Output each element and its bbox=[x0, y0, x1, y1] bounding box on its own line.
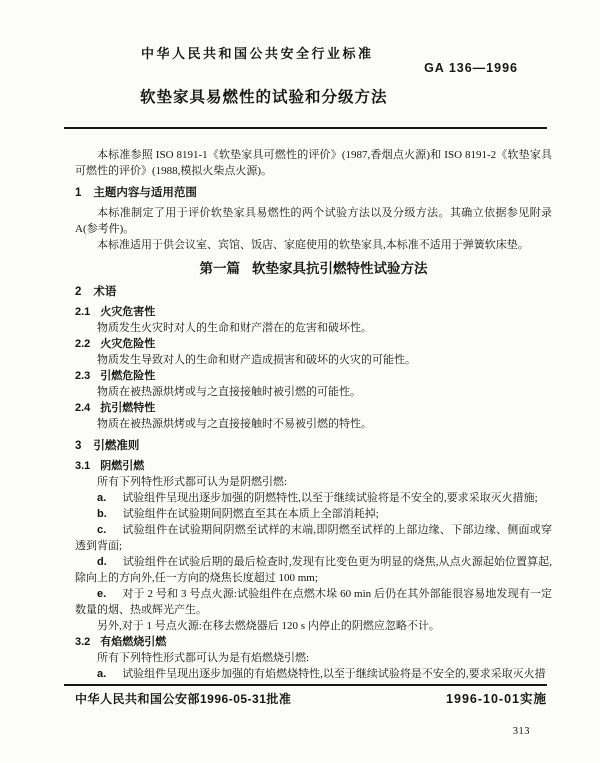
definition-paragraph: 物质发生导致对人的生命和财产造成损害和破坏的火灾的可能性。 bbox=[75, 352, 552, 368]
approval-statement: 中华人民共和国公安部1996-05-31批准 bbox=[75, 690, 291, 707]
footer-divider-rule bbox=[64, 684, 547, 686]
block-text: 阴燃引燃 bbox=[100, 460, 144, 472]
block-number: 2.1 bbox=[75, 306, 90, 318]
section-heading: 2术语 bbox=[75, 284, 552, 300]
implementation-date: 1996-10-01实施 bbox=[446, 689, 547, 707]
block-text: 试验组件在试验期间阴燃直至其在本质上全部消耗掉; bbox=[123, 508, 379, 520]
list-item: a.试验组件呈现出逐步加强的阴燃特性,以至于继续试验将是不安全的,要求采取灭火措… bbox=[75, 490, 552, 506]
item-label: a. bbox=[97, 492, 106, 504]
definition-paragraph: 物质在被热源烘烤或与之直接接触时被引燃的可能性。 bbox=[75, 384, 552, 400]
block-number: 2.4 bbox=[75, 402, 90, 414]
block-text: 术语 bbox=[93, 286, 116, 298]
definition-paragraph: 物质发生火灾时对人的生命和财产潜在的危害和破坏性。 bbox=[75, 320, 552, 336]
standard-category-label: 中华人民共和国公共安全行业标准 bbox=[141, 43, 374, 62]
term-heading: 2.4抗引燃特性 bbox=[75, 400, 552, 416]
block-number: 第一篇 bbox=[200, 261, 241, 276]
block-text: 物质在被热源烘烤或与之直接接触时不易被引燃的特性。 bbox=[97, 418, 372, 430]
paragraph: 另外,对于 1 号点火源:在移去燃烧器后 120 s 内停止的阴燃应忽略不计。 bbox=[75, 618, 552, 634]
definition-paragraph: 所有下列特性形式都可认为是阴燃引燃: bbox=[75, 474, 552, 490]
block-text: 物质发生导致对人的生命和财产造成损害和破坏的火灾的可能性。 bbox=[97, 354, 416, 366]
paragraph: 本标准适用于供会议室、宾馆、饭店、家庭使用的软垫家具,本标准不适用于弹簧软床垫。 bbox=[75, 237, 552, 253]
term-heading: 3.1阴燃引燃 bbox=[75, 458, 552, 474]
block-text: 火灾危害性 bbox=[100, 306, 155, 318]
definition-paragraph: 所有下列特性形式都可认为是有焰燃烧引燃: bbox=[75, 650, 552, 666]
block-text: 所有下列特性形式都可认为是有焰燃烧引燃: bbox=[97, 652, 309, 664]
block-text: 软垫家具抗引燃特性试验方法 bbox=[252, 261, 428, 276]
block-text: 主题内容与适用范围 bbox=[93, 187, 197, 199]
block-text: 对于 2 号和 3 号点火源:试验组件在点燃木垛 60 min 后仍在其外部能很… bbox=[75, 588, 552, 616]
block-text: 引燃危险性 bbox=[100, 370, 155, 382]
block-text: 本标准参照 ISO 8191-1《软垫家具可燃性的评价》(1987,香烟点火源)… bbox=[75, 149, 552, 177]
block-text: 有焰燃烧引燃 bbox=[100, 636, 166, 648]
definition-paragraph: 物质在被热源烘烤或与之直接接触时不易被引燃的特性。 bbox=[75, 416, 552, 432]
block-number: 3 bbox=[75, 440, 81, 452]
block-text: 物质发生火灾时对人的生命和财产潜在的危害和破坏性。 bbox=[97, 322, 372, 334]
block-number: 3.1 bbox=[75, 460, 90, 472]
block-text: 物质在被热源烘烤或与之直接接触时被引燃的可能性。 bbox=[97, 386, 361, 398]
list-item: b.试验组件在试验期间阴燃直至其在本质上全部消耗掉; bbox=[75, 506, 552, 522]
block-text: 所有下列特性形式都可认为是阴燃引燃: bbox=[97, 476, 287, 488]
block-text: 火灾危险性 bbox=[100, 338, 155, 350]
block-number: 2.3 bbox=[75, 370, 90, 382]
item-label: d. bbox=[97, 556, 107, 568]
block-text: 本标准制定了用于评价软垫家具易燃性的两个试验方法以及分级方法。其确立依据参见附录… bbox=[75, 207, 552, 235]
list-item: c.试验组件在试验期间阴燃至试样的末端,即阴燃至试样的上部边缘、下部边缘、侧面或… bbox=[75, 522, 552, 554]
block-text: 试验组件在试验期间阴燃至试样的末端,即阴燃至试样的上部边缘、下部边缘、侧面或穿透… bbox=[75, 524, 552, 552]
term-heading: 2.2火灾危险性 bbox=[75, 336, 552, 352]
block-number: 3.2 bbox=[75, 636, 90, 648]
term-heading: 3.2有焰燃烧引燃 bbox=[75, 634, 552, 650]
document-title: 软垫家具易燃性的试验和分级方法 bbox=[140, 85, 388, 107]
block-text: 另外,对于 1 号点火源:在移去燃烧器后 120 s 内停止的阴燃应忽略不计。 bbox=[97, 620, 440, 632]
body-content: 本标准参照 ISO 8191-1《软垫家具可燃性的评价》(1987,香烟点火源)… bbox=[75, 147, 552, 684]
page-number: 313 bbox=[513, 726, 530, 737]
section-heading: 1主题内容与适用范围 bbox=[75, 185, 552, 201]
header-divider-rule bbox=[64, 127, 547, 129]
list-item: e.对于 2 号和 3 号点火源:试验组件在点燃木垛 60 min 后仍在其外部… bbox=[75, 586, 552, 618]
term-heading: 2.1火灾危害性 bbox=[75, 304, 552, 320]
block-number: 2.2 bbox=[75, 338, 90, 350]
item-label: b. bbox=[97, 508, 107, 520]
part-title: 第一篇软垫家具抗引燃特性试验方法 bbox=[75, 260, 552, 278]
block-text: 试验组件呈现出逐步加强的有焰燃烧特性,以至于继续试验将是不安全的,要求采取灭火措 bbox=[122, 668, 546, 680]
block-text: 本标准适用于供会议室、宾馆、饭店、家庭使用的软垫家具,本标准不适用于弹簧软床垫。 bbox=[97, 239, 529, 251]
term-heading: 2.3引燃危险性 bbox=[75, 368, 552, 384]
list-item: d.试验组件在试验后期的最后检查时,发现有比变色更为明显的烧焦,从点火源起始位置… bbox=[75, 554, 552, 586]
paragraph: 本标准参照 ISO 8191-1《软垫家具可燃性的评价》(1987,香烟点火源)… bbox=[75, 147, 552, 179]
block-number: 2 bbox=[75, 286, 81, 298]
block-text: 试验组件在试验后期的最后检查时,发现有比变色更为明显的烧焦,从点火源起始位置算起… bbox=[75, 556, 552, 584]
block-number: 1 bbox=[75, 187, 81, 199]
item-label: a. bbox=[97, 668, 106, 680]
standard-number: GA 136—1996 bbox=[424, 61, 518, 75]
block-text: 试验组件呈现出逐步加强的阴燃特性,以至于继续试验将是不安全的,要求采取灭火措施; bbox=[122, 492, 538, 504]
document-page: 中华人民共和国公共安全行业标准 GA 136—1996 软垫家具易燃性的试验和分… bbox=[0, 0, 600, 763]
block-text: 抗引燃特性 bbox=[100, 402, 155, 414]
footer: 中华人民共和国公安部1996-05-31批准 1996-10-01实施 bbox=[75, 689, 547, 707]
block-text: 引燃准则 bbox=[93, 440, 139, 452]
paragraph: 本标准制定了用于评价软垫家具易燃性的两个试验方法以及分级方法。其确立依据参见附录… bbox=[75, 205, 552, 237]
item-label: c. bbox=[97, 524, 106, 536]
item-label: e. bbox=[97, 588, 106, 600]
list-item: a.试验组件呈现出逐步加强的有焰燃烧特性,以至于继续试验将是不安全的,要求采取灭… bbox=[75, 666, 552, 682]
section-heading: 3引燃准则 bbox=[75, 438, 552, 454]
